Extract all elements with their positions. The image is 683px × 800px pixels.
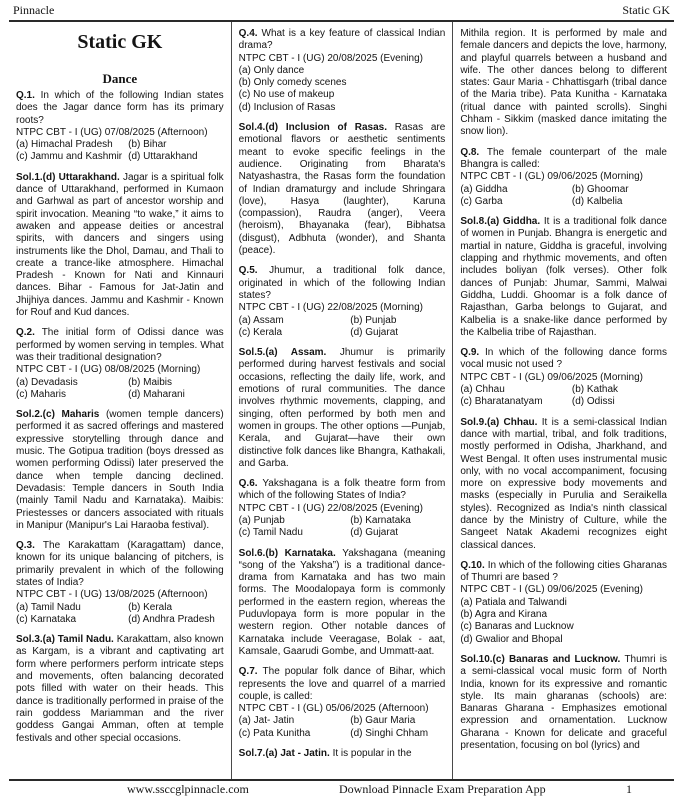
option: (d) Singhi Chham — [350, 728, 428, 740]
question-block: Q.2. The initial form of Odissi dance wa… — [16, 327, 224, 401]
options-row: (d) Gwalior and Bhopal — [460, 634, 667, 646]
exam-tag: NTPC CBT - I (UG) 13/08/2025 (Afternoon) — [16, 589, 224, 601]
question-number: Q.2. — [16, 327, 42, 338]
question-block: Q.6. Yakshagana is a folk theatre form f… — [239, 478, 446, 539]
solution-block: Sol.2.(c) Maharis (women temple dancers)… — [16, 409, 224, 532]
option: (b) Punjab — [350, 315, 396, 327]
question-text: Q.8. The female counterpart of the male … — [460, 147, 667, 172]
question-block: Q.7. The popular folk dance of Bihar, wh… — [239, 666, 446, 740]
question-text: Q.10. In which of the following cities G… — [460, 560, 667, 585]
column-1-blocks: Q.1. In which of the following Indian st… — [16, 90, 224, 745]
option: (c) Tamil Nadu — [239, 527, 351, 539]
content-columns: Static GK Dance Q.1. In which of the fol… — [9, 22, 674, 779]
options-row: (a) Tamil Nadu(b) Kerala — [16, 602, 224, 614]
question-number: Q.6. — [239, 478, 263, 489]
column-1: Static GK Dance Q.1. In which of the fol… — [9, 22, 231, 779]
options-row: (a) Jat- Jatin(b) Gaur Maria — [239, 715, 446, 727]
question-text: Q.7. The popular folk dance of Bihar, wh… — [239, 666, 446, 703]
options-row: (a) Devadasis(b) Maibis — [16, 377, 224, 389]
option: (d) Gwalior and Bhopal — [460, 634, 562, 646]
exam-tag: NTPC CBT - I (UG) 20/08/2025 (Evening) — [239, 53, 446, 65]
solution-block: Sol.9.(a) Chhau. It is a semi-classical … — [460, 417, 667, 552]
solution-block: Sol.1.(d) Uttarakhand. Jagar is a spirit… — [16, 172, 224, 320]
question-block: Q.1. In which of the following Indian st… — [16, 90, 224, 164]
question-text: Q.6. Yakshagana is a folk theatre form f… — [239, 478, 446, 503]
solution-answer: Sol.8.(a) Giddha. — [460, 216, 544, 227]
options-row: (a) Assam(b) Punjab — [239, 315, 446, 327]
options-row: (c) Jammu and Kashmir(d) Uttarakhand — [16, 151, 224, 163]
solution-text: Mithila region. It is performed by male … — [460, 28, 667, 139]
options-row: (a) Himachal Pradesh(b) Bihar — [16, 139, 224, 151]
option: (b) Kerala — [128, 602, 172, 614]
solution-answer: Sol.6.(b) Karnataka. — [239, 548, 343, 559]
solution-block: Mithila region. It is performed by male … — [460, 28, 667, 139]
question-block: Q.5. Jhumur, a traditional folk dance, o… — [239, 265, 446, 339]
solution-answer: Sol.10.(c) Banaras and Lucknow. — [460, 654, 624, 665]
option: (d) Andhra Pradesh — [128, 614, 215, 626]
page-subtitle: Dance — [16, 71, 224, 87]
option: (b) Agra and Kirana — [460, 609, 547, 621]
question-number: Q.9. — [460, 347, 485, 358]
solution-text: Sol.4.(d) Inclusion of Rasas. Rasas are … — [239, 122, 446, 257]
options-row: (a) Chhau(b) Kathak — [460, 384, 667, 396]
option: (c) Kerala — [239, 327, 351, 339]
option: (b) Maibis — [128, 377, 172, 389]
question-text: Q.2. The initial form of Odissi dance wa… — [16, 327, 224, 364]
option: (c) No use of makeup — [239, 89, 335, 101]
option: (b) Kathak — [572, 384, 618, 396]
option: (c) Jammu and Kashmir — [16, 151, 128, 163]
solution-text: Sol.7.(a) Jat - Jatin. It is popular in … — [239, 748, 446, 760]
solution-answer: Sol.3.(a) Tamil Nadu. — [16, 634, 117, 645]
options-row: (c) Karnataka(d) Andhra Pradesh — [16, 614, 224, 626]
header-right-text: Static GK — [622, 3, 670, 18]
option: (d) Odissi — [572, 396, 615, 408]
question-block: Q.3. The Karakattam (Karagattam) dance, … — [16, 540, 224, 626]
exam-tag: NTPC CBT - I (GL) 09/06/2025 (Morning) — [460, 372, 667, 384]
solution-text: Sol.9.(a) Chhau. It is a semi-classical … — [460, 417, 667, 552]
option: (d) Inclusion of Rasas — [239, 102, 336, 114]
option: (c) Bharatanatyam — [460, 396, 572, 408]
question-text: Q.5. Jhumur, a traditional folk dance, o… — [239, 265, 446, 302]
option: (b) Bihar — [128, 139, 166, 151]
solution-text: Sol.2.(c) Maharis (women temple dancers)… — [16, 409, 224, 532]
solution-block: Sol.8.(a) Giddha. It is a traditional fo… — [460, 216, 667, 339]
options-row: (a) Only dance — [239, 65, 446, 77]
solution-answer: Sol.9.(a) Chhau. — [460, 417, 541, 428]
solution-block: Sol.3.(a) Tamil Nadu. Karakattam, also k… — [16, 634, 224, 745]
solution-text: Sol.3.(a) Tamil Nadu. Karakattam, also k… — [16, 634, 224, 745]
question-text: Q.4. What is a key feature of classical … — [239, 28, 446, 53]
solution-block: Sol.5.(a) Assam. Jhumur is primarily per… — [239, 347, 446, 470]
page-title: Static GK — [16, 30, 224, 54]
solution-text: Sol.8.(a) Giddha. It is a traditional fo… — [460, 216, 667, 339]
column-2-blocks: Q.4. What is a key feature of classical … — [239, 28, 446, 760]
solution-block: Sol.10.(c) Banaras and Lucknow. Thumri i… — [460, 654, 667, 752]
question-text: Q.3. The Karakattam (Karagattam) dance, … — [16, 540, 224, 589]
solution-text: Sol.10.(c) Banaras and Lucknow. Thumri i… — [460, 654, 667, 752]
options-row: (a) Punjab(b) Karnataka — [239, 515, 446, 527]
option: (a) Patiala and Talwandi — [460, 597, 567, 609]
option: (a) Jat- Jatin — [239, 715, 351, 727]
options-row: (c) Garba(d) Kalbelia — [460, 196, 667, 208]
column-3-blocks: Mithila region. It is performed by male … — [460, 28, 667, 752]
footer-website-link[interactable]: www.ssccglpinnacle.com — [127, 781, 249, 798]
solution-answer: Sol.7.(a) Jat - Jatin. — [239, 748, 333, 759]
solution-answer: Sol.1.(d) Uttarakhand. — [16, 172, 123, 183]
option: (c) Karnataka — [16, 614, 128, 626]
option: (a) Chhau — [460, 384, 572, 396]
solution-text: Sol.5.(a) Assam. Jhumur is primarily per… — [239, 347, 446, 470]
options-row: (a) Patiala and Talwandi — [460, 597, 667, 609]
solution-answer: Sol.5.(a) Assam. — [239, 347, 340, 358]
option: (c) Maharis — [16, 389, 128, 401]
option: (c) Banaras and Lucknow — [460, 621, 573, 633]
exam-tag: NTPC CBT - I (GL) 05/06/2025 (Afternoon) — [239, 703, 446, 715]
solution-answer: Sol.4.(d) Inclusion of Rasas. — [239, 122, 395, 133]
option: (a) Only dance — [239, 65, 305, 77]
question-block: Q.9. In which of the following dance for… — [460, 347, 667, 408]
option: (c) Garba — [460, 196, 572, 208]
header-left-text: Pinnacle — [13, 3, 54, 18]
question-number: Q.4. — [239, 28, 262, 39]
question-block: Q.10. In which of the following cities G… — [460, 560, 667, 646]
question-number: Q.3. — [16, 540, 43, 551]
question-block: Q.4. What is a key feature of classical … — [239, 28, 446, 114]
question-block: Q.8. The female counterpart of the male … — [460, 147, 667, 208]
option: (d) Uttarakhand — [128, 151, 197, 163]
document-page: Pinnacle Static GK Static GK Dance Q.1. … — [0, 0, 683, 800]
option: (d) Kalbelia — [572, 196, 623, 208]
option: (b) Only comedy scenes — [239, 77, 347, 89]
question-text: Q.1. In which of the following Indian st… — [16, 90, 224, 127]
option: (d) Maharani — [128, 389, 185, 401]
exam-tag: NTPC CBT - I (GL) 09/06/2025 (Morning) — [460, 171, 667, 183]
solution-text: Sol.6.(b) Karnataka. Yakshagana (meaning… — [239, 548, 446, 659]
question-number: Q.7. — [239, 666, 263, 677]
page-header: Pinnacle Static GK — [9, 2, 674, 22]
option: (a) Himachal Pradesh — [16, 139, 128, 151]
options-row: (a) Giddha(b) Ghoomar — [460, 184, 667, 196]
options-row: (c) Banaras and Lucknow — [460, 621, 667, 633]
exam-tag: NTPC CBT - I (GL) 09/06/2025 (Evening) — [460, 584, 667, 596]
option: (d) Gujarat — [350, 527, 398, 539]
exam-tag: NTPC CBT - I (UG) 08/08/2025 (Morning) — [16, 364, 224, 376]
question-number: Q.5. — [239, 265, 269, 276]
options-row: (c) Kerala(d) Gujarat — [239, 327, 446, 339]
options-row: (d) Inclusion of Rasas — [239, 102, 446, 114]
options-row: (b) Agra and Kirana — [460, 609, 667, 621]
column-2: Q.4. What is a key feature of classical … — [231, 22, 453, 779]
options-row: (c) Maharis(d) Maharani — [16, 389, 224, 401]
option: (c) Pata Kunitha — [239, 728, 351, 740]
column-3: Mithila region. It is performed by male … — [452, 22, 674, 779]
solution-answer: Sol.2.(c) Maharis — [16, 409, 106, 420]
options-row: (c) Bharatanatyam(d) Odissi — [460, 396, 667, 408]
options-row: (c) Tamil Nadu(d) Gujarat — [239, 527, 446, 539]
solution-block: Sol.6.(b) Karnataka. Yakshagana (meaning… — [239, 548, 446, 659]
option: (a) Assam — [239, 315, 351, 327]
option: (a) Punjab — [239, 515, 351, 527]
question-number: Q.1. — [16, 90, 41, 101]
options-row: (c) Pata Kunitha(d) Singhi Chham — [239, 728, 446, 740]
option: (a) Devadasis — [16, 377, 128, 389]
option: (b) Gaur Maria — [350, 715, 415, 727]
question-number: Q.8. — [460, 147, 487, 158]
option: (a) Tamil Nadu — [16, 602, 128, 614]
footer-app-text: Download Pinnacle Exam Preparation App — [339, 781, 546, 798]
option: (b) Karnataka — [350, 515, 411, 527]
question-text: Q.9. In which of the following dance for… — [460, 347, 667, 372]
option: (d) Gujarat — [350, 327, 398, 339]
option: (b) Ghoomar — [572, 184, 629, 196]
option: (a) Giddha — [460, 184, 572, 196]
question-number: Q.10. — [460, 560, 487, 571]
exam-tag: NTPC CBT - I (UG) 07/08/2025 (Afternoon) — [16, 127, 224, 139]
solution-block: Sol.4.(d) Inclusion of Rasas. Rasas are … — [239, 122, 446, 257]
solution-block: Sol.7.(a) Jat - Jatin. It is popular in … — [239, 748, 446, 760]
page-footer: www.ssccglpinnacle.com Download Pinnacle… — [9, 779, 674, 800]
exam-tag: NTPC CBT - I (UG) 22/08/2025 (Morning) — [239, 302, 446, 314]
page-number: 1 — [626, 781, 632, 798]
options-row: (c) No use of makeup — [239, 89, 446, 101]
options-row: (b) Only comedy scenes — [239, 77, 446, 89]
solution-text: Sol.1.(d) Uttarakhand. Jagar is a spirit… — [16, 172, 224, 320]
exam-tag: NTPC CBT - I (UG) 22/08/2025 (Evening) — [239, 503, 446, 515]
